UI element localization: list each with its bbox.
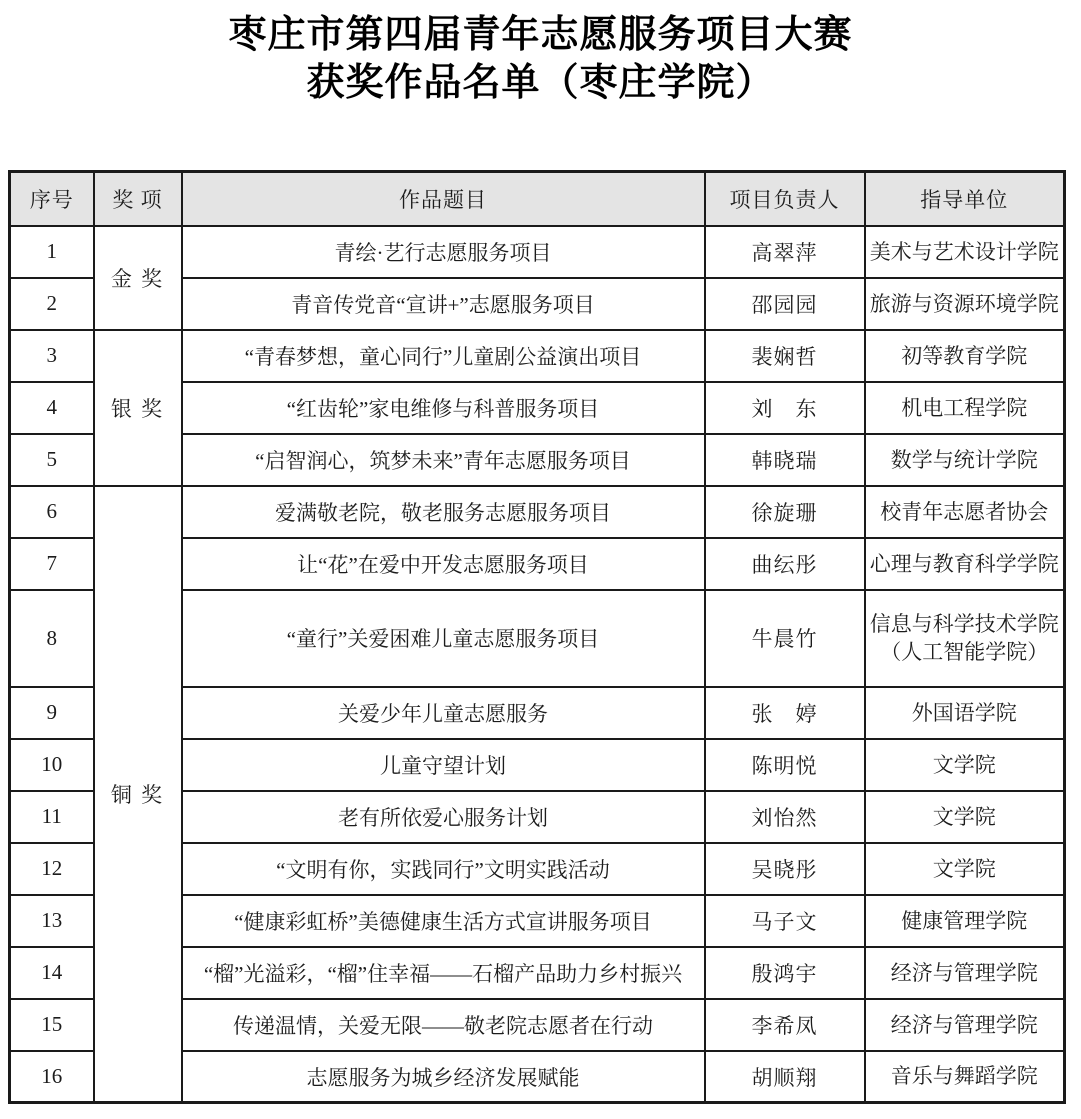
row-number-cell: 3 [10,330,94,382]
unit-cell: 文学院 [865,843,1065,895]
row-number-cell: 16 [10,1051,94,1103]
leader-cell: 裴娴哲 [705,330,865,382]
document-page: 枣庄市第四届青年志愿服务项目大赛 获奖作品名单（枣庄学院） 序号 奖 项 作品题… [0,0,1081,1119]
unit-cell: 信息与科学技术学院 （人工智能学院） [865,590,1065,687]
table-header-row: 序号 奖 项 作品题目 项目负责人 指导单位 [10,171,1065,226]
row-number-cell: 15 [10,999,94,1051]
header-title: 作品题目 [182,171,705,226]
unit-cell: 健康管理学院 [865,895,1065,947]
leader-cell: 陈明悦 [705,739,865,791]
work-title-cell: 老有所依爱心服务计划 [182,791,705,843]
leader-cell: 殷鸿宇 [705,947,865,999]
leader-cell: 徐旋珊 [705,486,865,538]
unit-cell: 心理与教育科学学院 [865,538,1065,590]
row-number-cell: 12 [10,843,94,895]
leader-cell: 高翠萍 [705,226,865,278]
table-row: 3 银 奖 “青春梦想，童心同行”儿童剧公益演出项目 裴娴哲 初等教育学院 [10,330,1065,382]
work-title-cell: 让“花”在爱中开发志愿服务项目 [182,538,705,590]
work-title-cell: “启智润心，筑梦未来”青年志愿服务项目 [182,434,705,486]
awards-table: 序号 奖 项 作品题目 项目负责人 指导单位 1 金 奖 青绘·艺行志愿服务项目… [8,170,1066,1105]
work-title-cell: 志愿服务为城乡经济发展赋能 [182,1051,705,1103]
work-title-cell: 关爱少年儿童志愿服务 [182,687,705,739]
award-group-gold: 金 奖 [94,226,182,330]
table-row: 1 金 奖 青绘·艺行志愿服务项目 高翠萍 美术与艺术设计学院 [10,226,1065,278]
leader-cell: 刘怡然 [705,791,865,843]
leader-cell: 牛晨竹 [705,590,865,687]
unit-cell: 经济与管理学院 [865,999,1065,1051]
row-number-cell: 6 [10,486,94,538]
unit-cell: 初等教育学院 [865,330,1065,382]
document-title-line1: 枣庄市第四届青年志愿服务项目大赛 [0,12,1081,60]
unit-cell: 校青年志愿者协会 [865,486,1065,538]
leader-cell: 张 婷 [705,687,865,739]
award-group-silver: 银 奖 [94,330,182,486]
unit-cell: 文学院 [865,739,1065,791]
row-number-cell: 5 [10,434,94,486]
row-number-cell: 14 [10,947,94,999]
work-title-cell: “文明有你，实践同行”文明实践活动 [182,843,705,895]
work-title-cell: 青音传党音“宣讲+”志愿服务项目 [182,278,705,330]
leader-cell: 邵园园 [705,278,865,330]
row-number-cell: 10 [10,739,94,791]
header-no: 序号 [10,171,94,226]
unit-cell: 文学院 [865,791,1065,843]
work-title-cell: “红齿轮”家电维修与科普服务项目 [182,382,705,434]
unit-cell: 经济与管理学院 [865,947,1065,999]
table-row: 6 铜 奖 爱满敬老院，敬老服务志愿服务项目 徐旋珊 校青年志愿者协会 [10,486,1065,538]
leader-cell: 曲纭彤 [705,538,865,590]
award-group-bronze: 铜 奖 [94,486,182,1103]
work-title-cell: “健康彩虹桥”美德健康生活方式宣讲服务项目 [182,895,705,947]
document-title: 枣庄市第四届青年志愿服务项目大赛 获奖作品名单（枣庄学院） [0,0,1081,108]
leader-cell: 刘 东 [705,382,865,434]
unit-cell: 外国语学院 [865,687,1065,739]
leader-cell: 韩晓瑞 [705,434,865,486]
row-number-cell: 7 [10,538,94,590]
leader-cell: 马子文 [705,895,865,947]
leader-cell: 吴晓彤 [705,843,865,895]
unit-cell: 美术与艺术设计学院 [865,226,1065,278]
work-title-cell: “青春梦想，童心同行”儿童剧公益演出项目 [182,330,705,382]
work-title-cell: 传递温情，关爱无限——敬老院志愿者在行动 [182,999,705,1051]
unit-cell: 旅游与资源环境学院 [865,278,1065,330]
work-title-cell: “榴”光溢彩，“榴”住幸福——石榴产品助力乡村振兴 [182,947,705,999]
document-title-line2: 获奖作品名单（枣庄学院） [0,60,1081,108]
unit-cell: 机电工程学院 [865,382,1065,434]
row-number-cell: 8 [10,590,94,687]
unit-cell: 数学与统计学院 [865,434,1065,486]
header-unit: 指导单位 [865,171,1065,226]
work-title-cell: 青绘·艺行志愿服务项目 [182,226,705,278]
header-award: 奖 项 [94,171,182,226]
row-number-cell: 9 [10,687,94,739]
row-number-cell: 4 [10,382,94,434]
header-leader: 项目负责人 [705,171,865,226]
unit-cell: 音乐与舞蹈学院 [865,1051,1065,1103]
row-number-cell: 11 [10,791,94,843]
work-title-cell: 爱满敬老院，敬老服务志愿服务项目 [182,486,705,538]
row-number-cell: 13 [10,895,94,947]
work-title-cell: “童行”关爱困难儿童志愿服务项目 [182,590,705,687]
row-number-cell: 2 [10,278,94,330]
row-number-cell: 1 [10,226,94,278]
leader-cell: 胡顺翔 [705,1051,865,1103]
work-title-cell: 儿童守望计划 [182,739,705,791]
leader-cell: 李希凤 [705,999,865,1051]
